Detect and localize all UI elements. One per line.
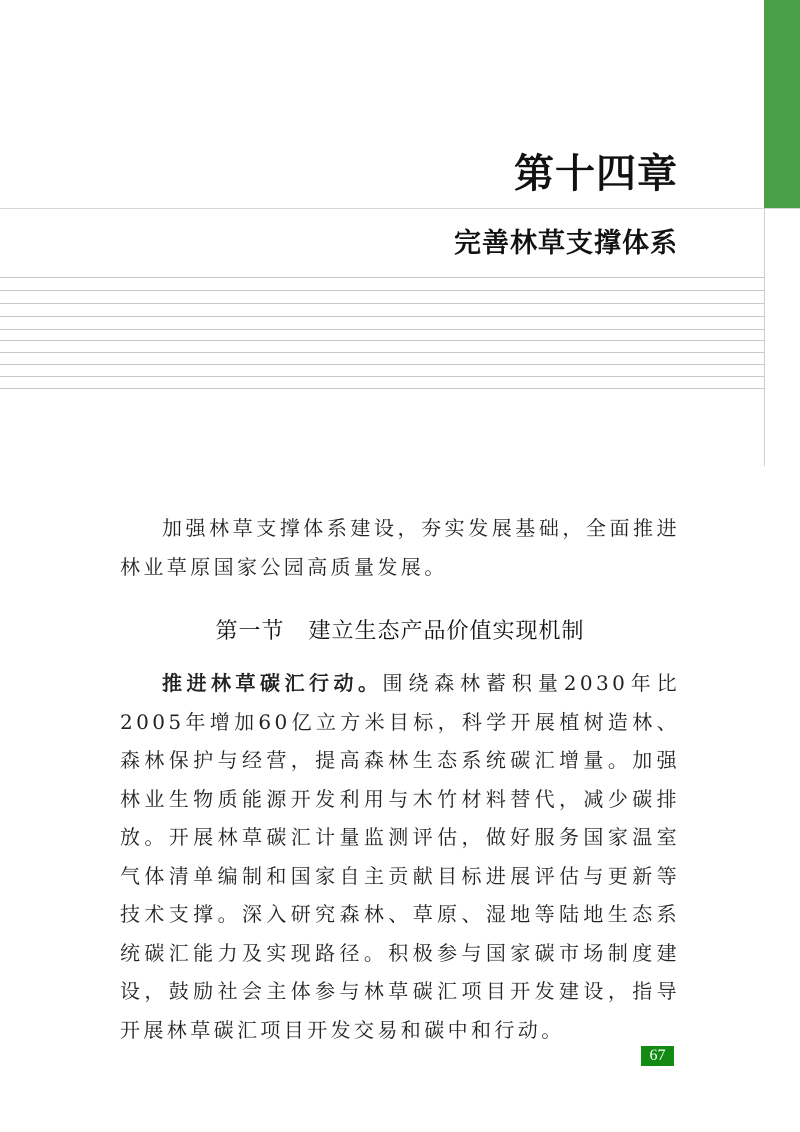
ruled-line [0,364,765,365]
intro-paragraph: 加强林草支撑体系建设，夯实发展基础，全面推进林业草原国家公园高质量发展。 [120,509,680,586]
ruled-line [0,303,765,304]
ruled-line [0,316,765,317]
paragraph-lead: 推进林草碳汇行动。 [162,671,382,695]
paragraph-text: 围绕森林蓄积量2030年比2005年增加60亿立方米目标，科学开展植树造林、森林… [120,671,680,1042]
ruled-line [0,352,765,353]
section-title: 建立生态产品价值实现机制 [309,619,585,644]
chapter-number: 第十四章 [514,146,678,202]
margin-rule [764,208,765,466]
section-heading: 第一节建立生态产品价值实现机制 [0,614,800,645]
body-paragraph: 推进林草碳汇行动。围绕森林蓄积量2030年比2005年增加60亿立方米目标，科学… [120,664,680,1049]
ruled-line [0,277,765,278]
chapter-title: 完善林草支撑体系 [454,222,678,266]
ruled-line [0,340,765,341]
header-divider [0,208,800,209]
ruled-line [0,388,765,389]
ruled-line [0,376,765,377]
ruled-line [0,290,765,291]
chapter-tab-decoration [764,0,800,208]
section-label: 第一节 [215,619,284,644]
page-number: 67 [641,1046,674,1066]
ruled-line [0,329,765,330]
